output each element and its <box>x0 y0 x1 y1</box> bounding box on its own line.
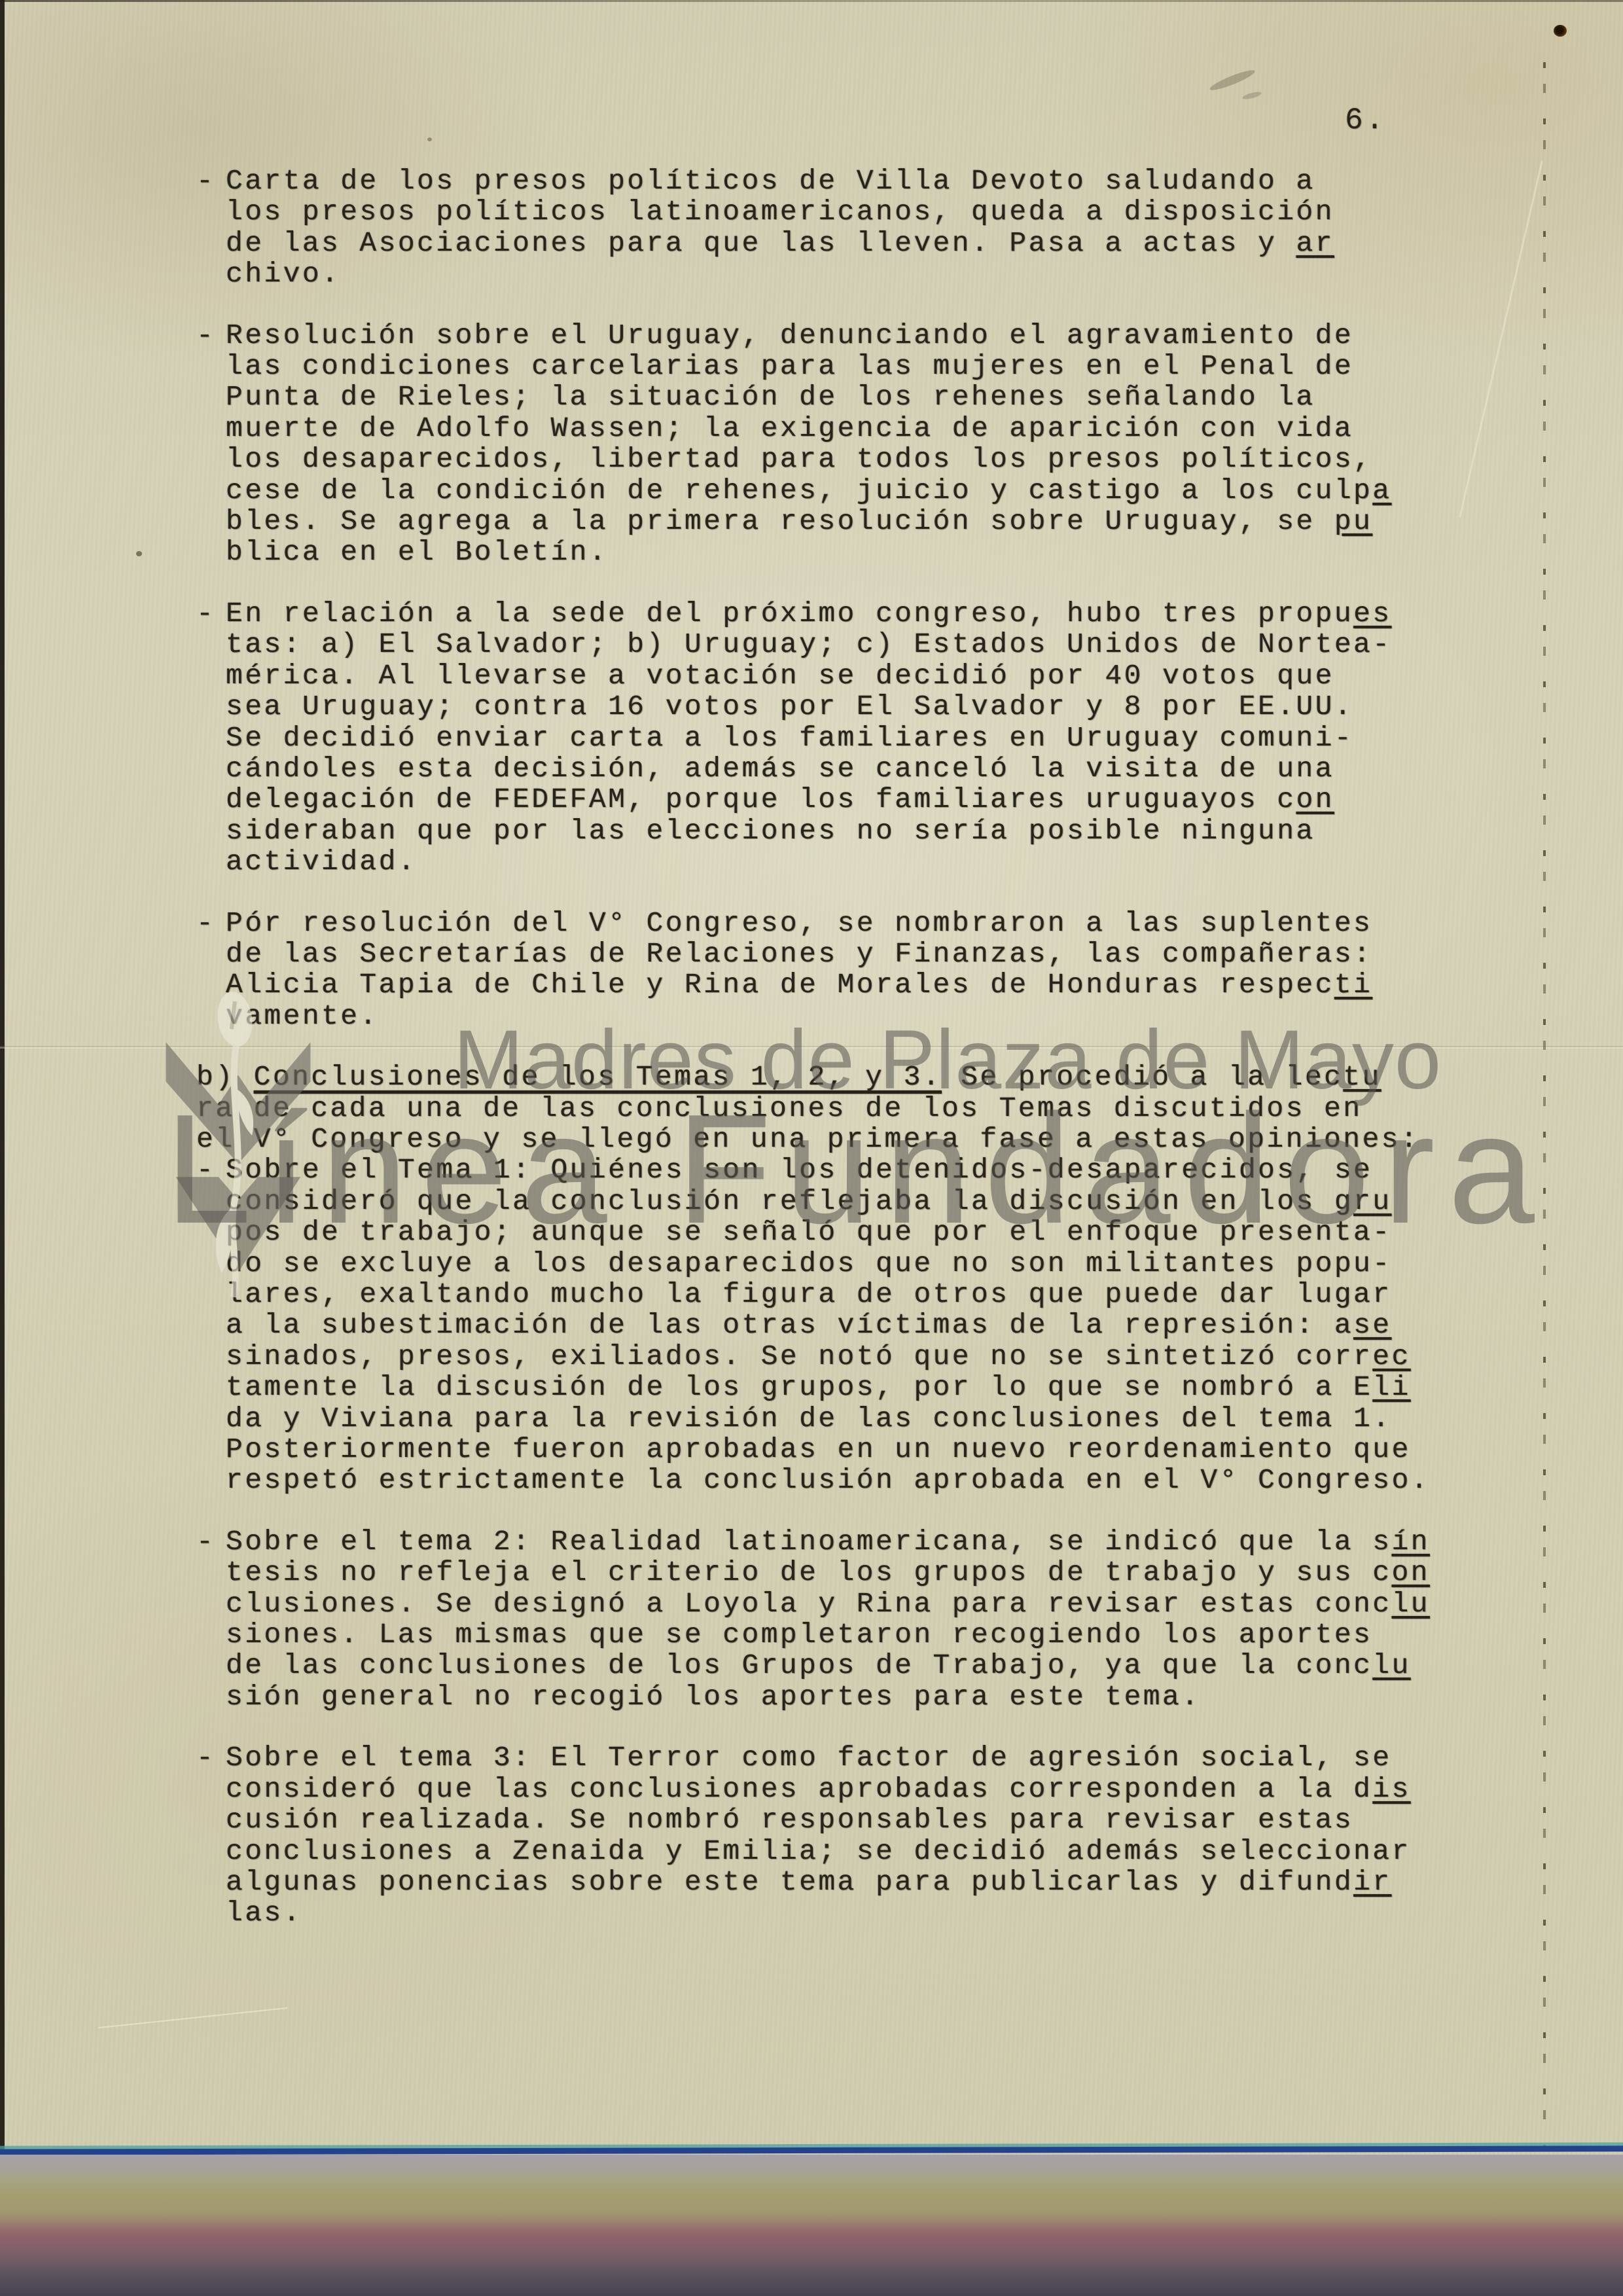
text-line: clusiones. Se designó a Loyola y Rina pa… <box>226 1588 1440 1619</box>
text-line: de las Asociaciones para que las lleven.… <box>226 228 1440 259</box>
bullet-dash: - <box>196 166 215 196</box>
text-line: tesis no refleja el criterio de los grup… <box>226 1557 1440 1588</box>
text-line: do se excluye a los desaparecidos que no… <box>226 1248 1440 1279</box>
text-line: las. <box>226 1897 1440 1928</box>
text-line: Punta de Rieles; la situación de los reh… <box>226 382 1440 412</box>
text-line: consideró que las conclusiones aprobadas… <box>226 1774 1440 1804</box>
text-line: respetó estrictamente la conclusión apro… <box>226 1465 1440 1496</box>
text-line: a la subestimación de las otras víctimas… <box>226 1310 1440 1340</box>
text-line: cándoles esta decisión, además se cancel… <box>226 753 1440 784</box>
text-line: da y Viviana para la revisión de las con… <box>226 1403 1440 1434</box>
text-line: los presos políticos latinoamericanos, q… <box>226 196 1440 227</box>
text-line: tamente la discusión de los grupos, por … <box>226 1372 1440 1403</box>
text-line: b) Conclusiones de los Temas 1, 2, y 3. … <box>196 1062 1440 1092</box>
paper-dot <box>136 551 142 556</box>
paragraph: -Sobre el tema 2: Realidad latinoamerica… <box>196 1526 1440 1712</box>
paper-dot <box>427 137 432 141</box>
text-line: de las Secretarías de Relaciones y Finan… <box>226 939 1440 969</box>
text-line: Sobre el tema 3: El Terror como factor d… <box>226 1742 1440 1773</box>
bullet-dash: - <box>196 1526 215 1557</box>
page-number: 6. <box>1345 103 1386 137</box>
text-line: el V° Congreso y se llegó en una primera… <box>196 1124 1440 1155</box>
text-line: sinados, presos, exiliados. Se notó que … <box>226 1341 1440 1372</box>
text-line: sea Uruguay; contra 16 votos por El Salv… <box>226 691 1440 722</box>
text-line: delegación de FEDEFAM, porque los famili… <box>226 784 1440 815</box>
paragraph: -Pór resolución del V° Congreso, se nomb… <box>196 908 1440 1032</box>
text-line: Pór resolución del V° Congreso, se nombr… <box>226 908 1440 939</box>
paragraph: b) Conclusiones de los Temas 1, 2, y 3. … <box>196 1062 1440 1155</box>
text-line: algunas ponencias sobre este tema para p… <box>226 1867 1440 1897</box>
text-line: Posteriormente fueron aprobadas en un nu… <box>226 1434 1440 1465</box>
text-line: chivo. <box>226 259 1440 289</box>
text-line: actividad. <box>226 846 1440 877</box>
text-line: los desaparecidos, libertad para todos l… <box>226 444 1440 475</box>
text-line: las condiciones carcelarias para las muj… <box>226 351 1440 382</box>
bullet-dash: - <box>196 908 215 939</box>
text-line: de las conclusiones de los Grupos de Tra… <box>226 1650 1440 1681</box>
text-line: siones. Las mismas que se completaron re… <box>226 1619 1440 1650</box>
text-line: sión general no recogió los aportes para… <box>226 1681 1440 1712</box>
text-line: Carta de los presos políticos de Villa D… <box>226 166 1440 196</box>
text-line: consideró que la conclusión reflejaba la… <box>226 1186 1440 1217</box>
text-line: bles. Se agrega a la primera resolución … <box>226 506 1440 537</box>
text-line: conclusiones a Zenaida y Emilia; se deci… <box>226 1836 1440 1867</box>
ink-spot <box>1554 25 1567 37</box>
text-line: Se decidió enviar carta a los familiares… <box>226 723 1440 753</box>
bullet-dash: - <box>196 320 215 351</box>
text-line: vamente. <box>226 1001 1440 1031</box>
paragraph: -Carta de los presos políticos de Villa … <box>196 166 1440 290</box>
text-line: En relación a la sede del próximo congre… <box>226 598 1440 629</box>
text-line: pos de trabajo; aunque se señaló que por… <box>226 1217 1440 1247</box>
paragraph: -Resolución sobre el Uruguay, denunciand… <box>196 320 1440 568</box>
text-line: cese de la condición de rehenes, juicio … <box>226 475 1440 506</box>
paragraph: -Sobre el tema 3: El Terror como factor … <box>196 1742 1440 1928</box>
text-line: blica en el Boletín. <box>226 537 1440 567</box>
text-line: tas: a) El Salvador; b) Uruguay; c) Esta… <box>226 629 1440 660</box>
page-top-edge-shadow <box>0 0 1623 2</box>
bullet-dash: - <box>196 598 215 629</box>
page-left-edge-shadow <box>0 0 5 2155</box>
text-line: Sobre el Tema 1: Quiénes son los detenid… <box>226 1155 1440 1185</box>
scanner-background-band <box>0 2155 1623 2296</box>
text-line: sideraban que por las elecciones no serí… <box>226 816 1440 846</box>
bullet-dash: - <box>196 1155 215 1185</box>
fold-dashed-line <box>1543 62 1546 2147</box>
bullet-dash: - <box>196 1742 215 1773</box>
typewritten-text: -Carta de los presos políticos de Villa … <box>196 166 1440 1959</box>
text-line: lares, exaltando mucho la figura de otro… <box>226 1279 1440 1310</box>
text-line: muerte de Adolfo Wassen; la exigencia de… <box>226 413 1440 444</box>
text-line: cusión realizada. Se nombró responsables… <box>226 1804 1440 1835</box>
paragraph: -Sobre el Tema 1: Quiénes son los deteni… <box>196 1155 1440 1496</box>
text-line: mérica. Al llevarse a votación se decidi… <box>226 660 1440 691</box>
text-line: Sobre el tema 2: Realidad latinoamerican… <box>226 1526 1440 1557</box>
text-line: Alicia Tapia de Chile y Rina de Morales … <box>226 969 1440 1000</box>
paragraph: -En relación a la sede del próximo congr… <box>196 598 1440 878</box>
text-line: ra de cada una de las conclusiones de lo… <box>196 1093 1440 1124</box>
text-line: Resolución sobre el Uruguay, denunciando… <box>226 320 1440 351</box>
